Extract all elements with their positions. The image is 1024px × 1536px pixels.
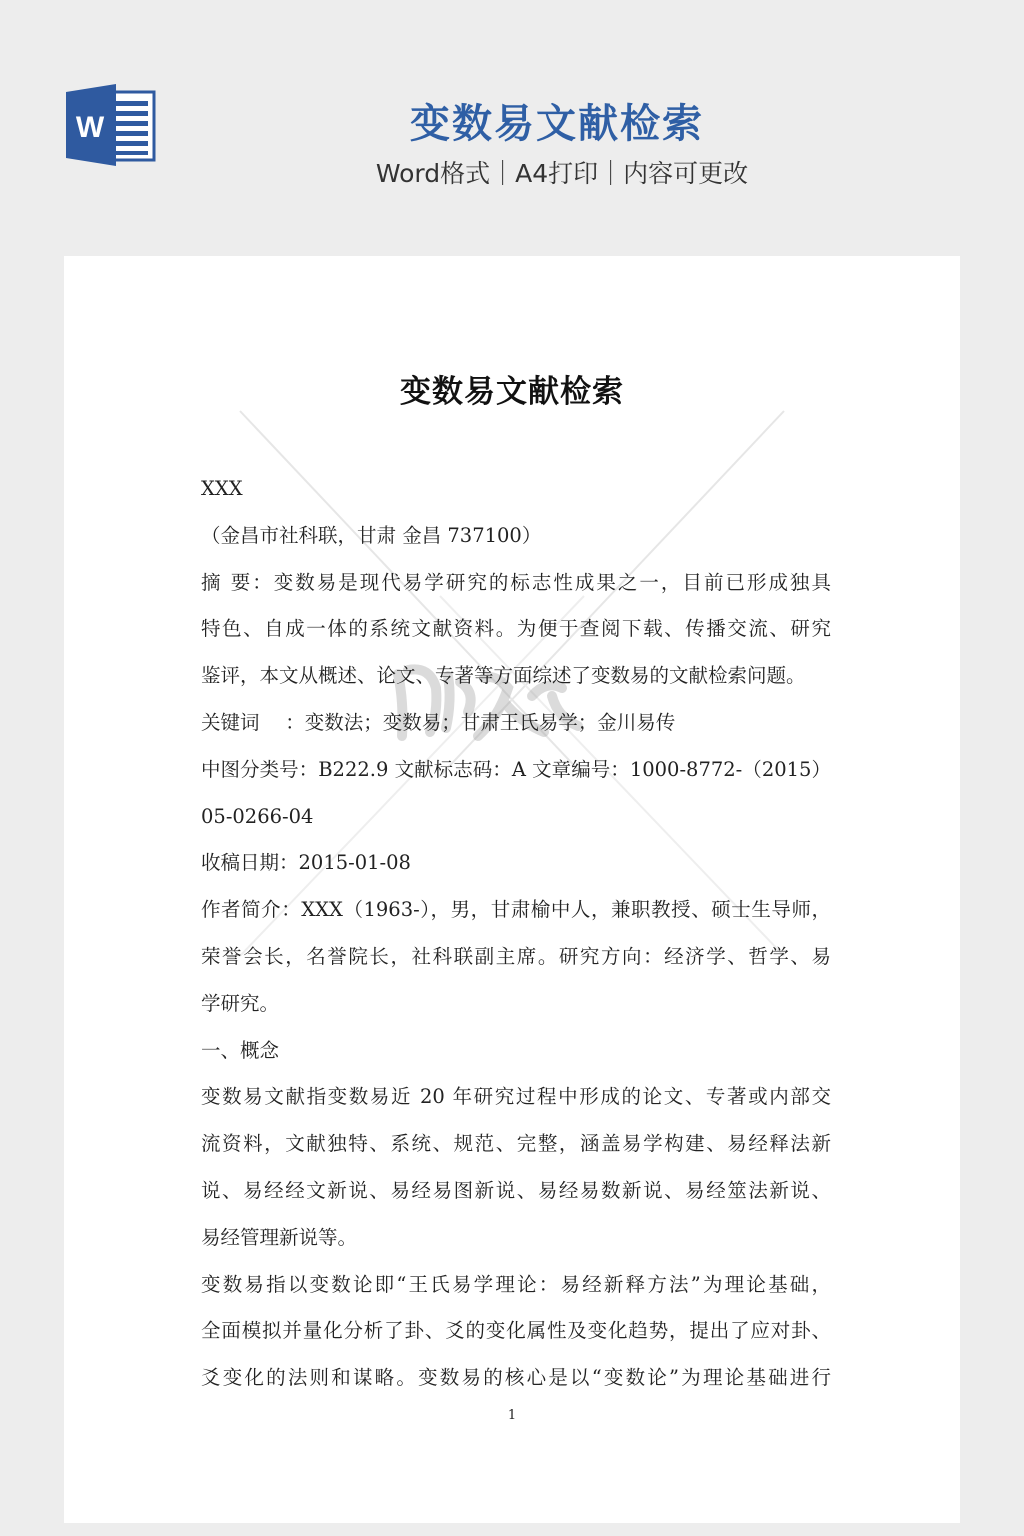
banner-subtitle: Word格式｜A4打印｜内容可更改 [0, 154, 1024, 190]
document-title: 变数易文献检索 [64, 366, 960, 411]
abstract-line: 鉴评，本文从概述、论文、专著等方面综述了变数易的文献检索问题。 [201, 653, 831, 700]
paragraph-line: 变数易指以变数论即“王氏易学理论：易经新释方法”为理论基础， [201, 1262, 831, 1309]
paragraph-line: 说、易经经文新说、易经易图新说、易经易数新说、易经筮法新说、 [201, 1168, 831, 1215]
paragraph-line: 全面模拟并量化分析了卦、爻的变化属性及变化趋势，提出了应对卦、 [201, 1308, 831, 1355]
classification-line: 中图分类号：B222.9 文献标志码：A 文章编号：1000-8772-（201… [201, 747, 831, 794]
abstract-line: 特色、自成一体的系统文献资料。为便于查阅下载、传播交流、研究 [201, 606, 831, 653]
author-bio-line: 学研究。 [201, 981, 831, 1028]
paragraph-line: 易经管理新说等。 [201, 1215, 831, 1262]
classification-line: 05-0266-04 [201, 794, 831, 841]
author-bio-line: 荣誉会长，名誉院长，社科联副主席。研究方向：经济学、哲学、易 [201, 934, 831, 981]
page-number: 1 [64, 1408, 960, 1423]
keywords-line: 关键词 ：变数法；变数易；甘肃王氏易学；金川易传 [201, 700, 831, 747]
paragraph-line: 爻变化的法则和谋略。变数易的核心是以“变数论”为理论基础进行 [201, 1355, 831, 1402]
section-heading: 一、概念 [201, 1028, 831, 1075]
received-date-line: 收稿日期：2015-01-08 [201, 840, 831, 887]
paragraph-line: 变数易文献指变数易近 20 年研究过程中形成的论文、专著或内部交 [201, 1074, 831, 1121]
author-line: XXX [201, 466, 831, 513]
document-page: 变数易文献检索 XXX （金昌市社科联，甘肃 金昌 737100） 摘 要：变数… [64, 256, 960, 1523]
affiliation-line: （金昌市社科联，甘肃 金昌 737100） [201, 513, 831, 560]
abstract-line: 摘 要：变数易是现代易学研究的标志性成果之一，目前已形成独具 [201, 560, 831, 607]
document-body: XXX （金昌市社科联，甘肃 金昌 737100） 摘 要：变数易是现代易学研究… [201, 466, 831, 1402]
paragraph-line: 流资料，文献独特、系统、规范、完整，涵盖易学构建、易经释法新 [201, 1121, 831, 1168]
banner-title: 变数易文献检索 [0, 92, 1024, 149]
author-bio-line: 作者简介：XXX（1963-），男，甘肃榆中人，兼职教授、硕士生导师， [201, 887, 831, 934]
